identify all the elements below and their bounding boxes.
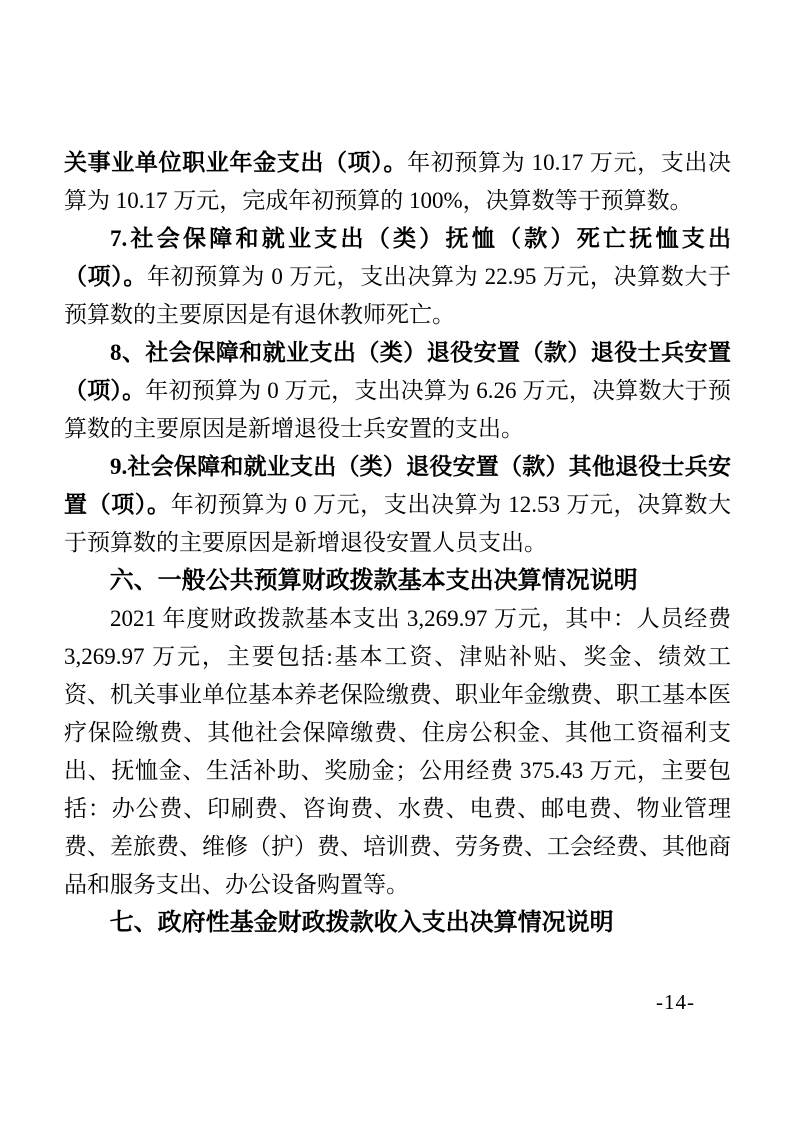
- clause-title-pension: 关事业单位职业年金支出（项）。: [64, 150, 407, 175]
- paragraph-item-7: 7.社会保障和就业支出（类）抚恤（款）死亡抚恤支出（项）。年初预算为 0 万元，…: [64, 220, 731, 334]
- page-number: -14-: [656, 990, 695, 1014]
- clause-body-item-7: 年初预算为 0 万元，支出决算为 22.95 万元，决算数大于预算数的主要原因是…: [64, 264, 731, 327]
- section-heading-six: 六、一般公共预算财政拨款基本支出决算情况说明: [64, 562, 731, 600]
- page-body: 关事业单位职业年金支出（项）。年初预算为 10.17 万元，支出决算为 10.1…: [64, 144, 731, 942]
- document-page: 关事业单位职业年金支出（项）。年初预算为 10.17 万元，支出决算为 10.1…: [0, 0, 793, 1122]
- paragraph-pension-continuation: 关事业单位职业年金支出（项）。年初预算为 10.17 万元，支出决算为 10.1…: [64, 144, 731, 220]
- section-heading-seven: 七、政府性基金财政拨款收入支出决算情况说明: [64, 904, 731, 942]
- clause-body-item-8: 年初预算为 0 万元，支出决算为 6.26 万元，决算数大于预算数的主要原因是新…: [64, 378, 731, 441]
- paragraph-item-8: 8、社会保障和就业支出（类）退役安置（款）退役士兵安置（项）。年初预算为 0 万…: [64, 334, 731, 448]
- paragraph-item-9: 9.社会保障和就业支出（类）退役安置（款）其他退役士兵安置（项）。年初预算为 0…: [64, 448, 731, 562]
- paragraph-basic-expenditure: 2021 年度财政拨款基本支出 3,269.97 万元，其中：人员经费 3,26…: [64, 600, 731, 904]
